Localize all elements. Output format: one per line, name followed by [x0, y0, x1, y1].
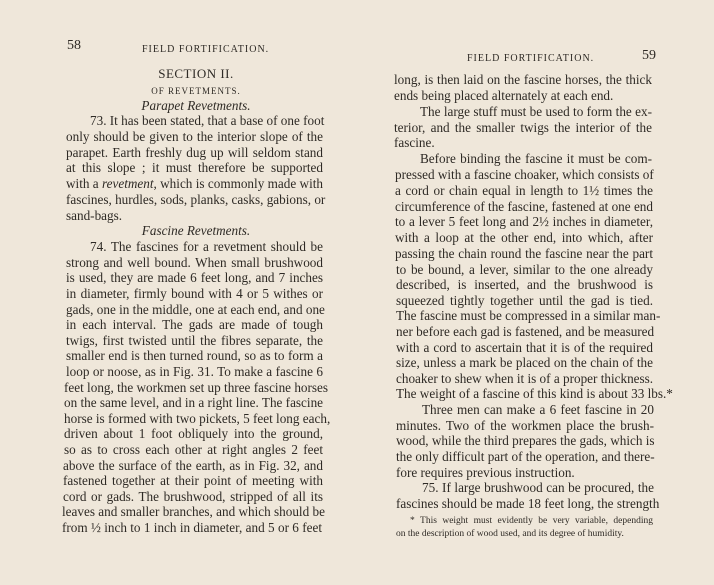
text-line: The large stuff must be used to form the…	[420, 104, 652, 119]
text-line: ends being placed alternately at each en…	[394, 88, 613, 103]
text-line: strong and well bound. When small brushw…	[66, 255, 323, 270]
text-line: choaker to shew when it is of a proper t…	[396, 371, 653, 386]
text-line: horse is formed with two pickets, 5 feet…	[64, 411, 323, 426]
heading-parapet-revetments: Parapet Revetments.	[67, 98, 325, 113]
text-line: wood, while the third prepares the gads,…	[396, 433, 654, 448]
text-line: squeezed tightly together until the gad …	[396, 293, 653, 308]
text-line: fastened together at their point of meet…	[63, 473, 323, 488]
text-line: leaves and smaller branches, and which s…	[62, 504, 322, 519]
text-line: 75. If large brushwood can be procured, …	[422, 480, 654, 495]
text-line: pressed with a fascine choaker, which co…	[395, 167, 653, 182]
text-line: with a revetment, which is commonly made…	[66, 176, 323, 191]
text-line: The fascine must be compressed in a simi…	[396, 308, 653, 323]
text-line: Before binding the fascine it must be co…	[420, 151, 652, 166]
section-subtitle: OF REVETMENTS.	[67, 84, 325, 99]
page-number: 59	[642, 48, 656, 64]
text-line: circumference of the fascine, fastened a…	[395, 199, 653, 214]
text-line: with a loop at the other end, into which…	[395, 230, 653, 245]
text-line: a cord or chain equal in length to 1½ ti…	[395, 183, 653, 198]
footnote-line: on the description of wood used, and its…	[396, 528, 624, 540]
text-line: described, is inserted, and the brushwoo…	[396, 277, 653, 292]
text-line: size, unless a mark be placed on the cha…	[396, 355, 653, 370]
text-line: fascines, hurdles, sods, planks, casks, …	[66, 192, 323, 207]
page-number: 58	[67, 38, 81, 54]
text-line: ner before each gad is fastened, and be …	[396, 324, 653, 339]
text-line: smaller end is then turned round, so as …	[66, 348, 323, 363]
text-line: fore requires previous instruction.	[396, 465, 575, 480]
text-line: is used, they are made 6 feet long, and …	[66, 270, 323, 285]
text-line: loop or noose, as in Fig. 31. To make a …	[66, 364, 323, 379]
text-line: in each interval. The gads are made of t…	[66, 317, 323, 332]
text-line: cord or gads. The brushwood, stripped of…	[63, 489, 323, 504]
running-head: FIELD FORTIFICATION.	[467, 53, 594, 64]
text-line: feet long, the workmen set up three fasc…	[64, 380, 323, 395]
text-line: to be bound, a lever, similar to the one…	[396, 262, 653, 277]
text-line: long, is then laid on the fascine horses…	[394, 72, 652, 87]
heading-fascine-revetments: Fascine Revetments.	[67, 223, 325, 238]
text-line: the only difficult part of the operation…	[396, 449, 654, 464]
section-title: SECTION II.	[67, 66, 325, 81]
footnote-line: * This weight must evidently be very var…	[410, 515, 653, 527]
text-line: above the surface of the earth, as in Fi…	[63, 458, 323, 473]
left-page: 58 FIELD FORTIFICATION. SECTION II. OF R…	[0, 0, 357, 585]
text-line: sand-bags.	[66, 208, 122, 223]
text-line: at this slope ; it must therefore be sup…	[66, 160, 323, 175]
text-line: driven about 1 foot obliquely into the g…	[64, 426, 323, 441]
running-head: FIELD FORTIFICATION.	[142, 44, 269, 55]
text-line: The weight of a fascine of this kind is …	[396, 386, 654, 401]
text-line: fascines should be made 18 feet long, th…	[396, 496, 654, 511]
text-line: twigs, first twisted until the fibres se…	[66, 333, 323, 348]
text-line: only should be given to the interior slo…	[66, 129, 323, 144]
text-line: terior, and the smaller twigs the interi…	[394, 120, 652, 135]
text-line: from ½ inch to 1 inch in diameter, and 5…	[62, 520, 322, 535]
text-line: to a lever 5 feet long and 2½ inches in …	[395, 214, 653, 229]
text-line: with a cord to ascertain that it is of t…	[396, 340, 653, 355]
text-line: on the same level, and in a right line. …	[64, 395, 323, 410]
text-line: 73. It has been stated, that a base of o…	[90, 113, 323, 128]
text-line: 74. The fascines for a revetment should …	[90, 239, 323, 254]
right-page: FIELD FORTIFICATION. 59 long, is then la…	[357, 0, 714, 585]
text-line: gads, one in the middle, one at each end…	[66, 302, 323, 317]
text-line: so as to cross each other at right angle…	[64, 442, 323, 457]
text-line: minutes. Two of the workmen place the br…	[396, 418, 654, 433]
text-line: passing the chain round the fascine near…	[395, 246, 653, 261]
text-line: parapet. Earth freshly dug up will seldo…	[66, 145, 323, 160]
text-line: Three men can make a 6 feet fascine in 2…	[422, 402, 654, 417]
text-line: fascine.	[394, 135, 435, 150]
text-line: in diameter, firmly bound with 4 or 5 wi…	[66, 286, 323, 301]
